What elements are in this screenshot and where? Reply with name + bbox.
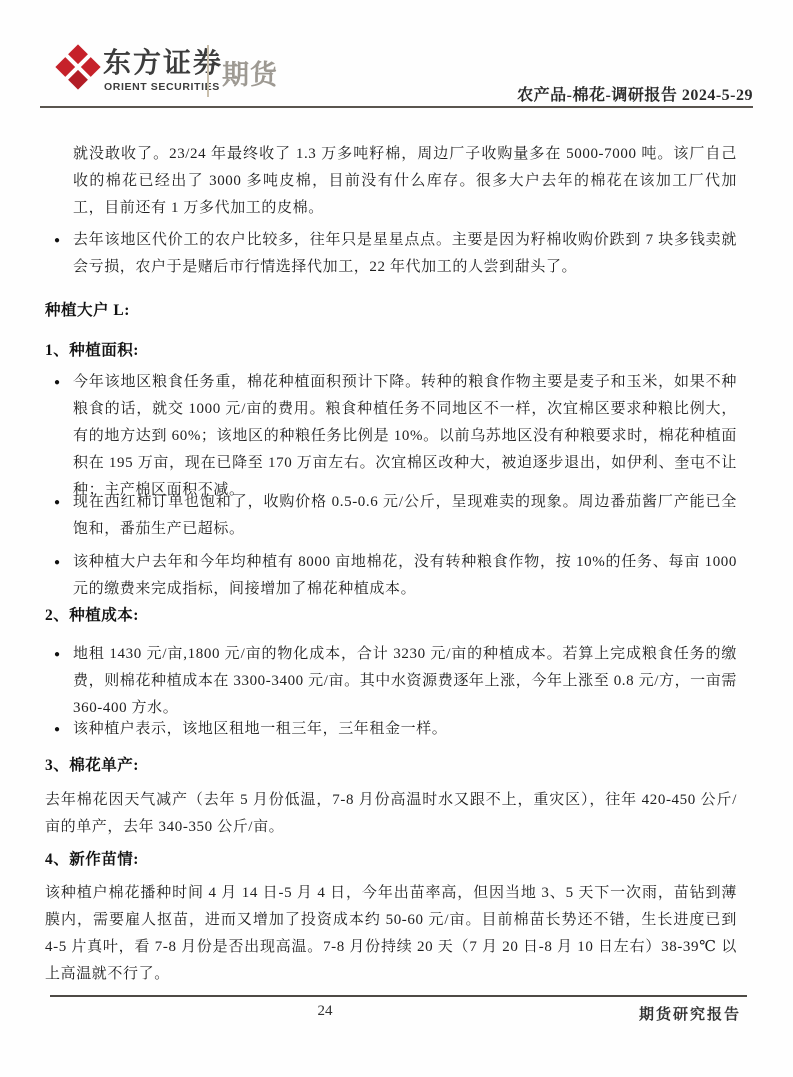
- grower-heading: 种植大户 L:: [45, 297, 737, 324]
- bullet-item: ● 该种植户表示，该地区租地一租三年，三年租金一样。: [45, 716, 737, 743]
- bullet-text: 去年该地区代价工的农户比较多，往年只是星星点点。主要是因为籽棉收购价跌到 7 块…: [73, 227, 737, 281]
- bullet-text: 该种植大户去年和今年均种植有 8000 亩地棉花，没有转种粮食作物，按 10%的…: [73, 549, 737, 603]
- bullet-item: ● 地租 1430 元/亩,1800 元/亩的物化成本，合计 3230 元/亩的…: [45, 641, 737, 722]
- bullet-item: ● 现在西红柿订单也饱和了，收购价格 0.5-0.6 元/公斤，呈现难卖的现象。…: [45, 489, 737, 543]
- footer-rule: [50, 995, 747, 997]
- yield-paragraph: 去年棉花因天气减产（去年 5 月份低温，7-8 月份高温时水又跟不上，重灾区），…: [45, 787, 737, 841]
- bullet-text: 地租 1430 元/亩,1800 元/亩的物化成本，合计 3230 元/亩的种植…: [73, 641, 737, 722]
- footer-report-type: 期货研究报告: [639, 1003, 741, 1024]
- bullet-icon: ●: [45, 369, 73, 504]
- division-label: 期货: [222, 53, 278, 92]
- bullet-icon: ●: [45, 489, 73, 543]
- bullet-text: 该种植户表示，该地区租地一租三年，三年租金一样。: [73, 716, 737, 743]
- bullet-item: ● 去年该地区代价工的农户比较多，往年只是星星点点。主要是因为籽棉收购价跌到 7…: [45, 227, 737, 281]
- section-title-cotton-yield: 3、棉花单产:: [45, 752, 737, 779]
- section-title-planting-cost: 2、种植成本:: [45, 602, 737, 629]
- section-title-new-crop: 4、新作苗情:: [45, 846, 737, 873]
- bullet-icon: ●: [45, 641, 73, 722]
- report-page: 东方证券 ORIENT SECURITIES 期货 农产品-棉花-调研报告 20…: [0, 0, 793, 1077]
- bullet-item: ● 今年该地区粮食任务重，棉花种植面积预计下降。转种的粮食作物主要是麦子和玉米，…: [45, 369, 737, 504]
- bullet-icon: ●: [45, 227, 73, 281]
- carryover-paragraph: 就没敢收了。23/24 年最终收了 1.3 万多吨籽棉，周边厂子收购量多在 50…: [45, 141, 737, 222]
- bullet-text: 今年该地区粮食任务重，棉花种植面积预计下降。转种的粮食作物主要是麦子和玉米，如果…: [73, 369, 737, 504]
- new-crop-paragraph: 该种植户棉花播种时间 4 月 14 日-5 月 4 日，今年出苗率高，但因当地 …: [45, 880, 737, 988]
- orient-securities-logo-icon: [55, 44, 100, 89]
- header-rule: [40, 106, 753, 108]
- report-title: 农产品-棉花-调研报告 2024-5-29: [517, 82, 753, 105]
- brand-divider: [207, 45, 209, 97]
- brand-name-en: ORIENT SECURITIES: [104, 81, 220, 93]
- bullet-icon: ●: [45, 549, 73, 603]
- bullet-item: ● 该种植大户去年和今年均种植有 8000 亩地棉花，没有转种粮食作物，按 10…: [45, 549, 737, 603]
- bullet-text: 现在西红柿订单也饱和了，收购价格 0.5-0.6 元/公斤，呈现难卖的现象。周边…: [73, 489, 737, 543]
- brand-name-cn: 东方证券: [103, 49, 223, 79]
- section-title-planting-area: 1、种植面积:: [45, 337, 737, 364]
- bullet-icon: ●: [45, 716, 73, 743]
- page-number: 24: [300, 1003, 350, 1020]
